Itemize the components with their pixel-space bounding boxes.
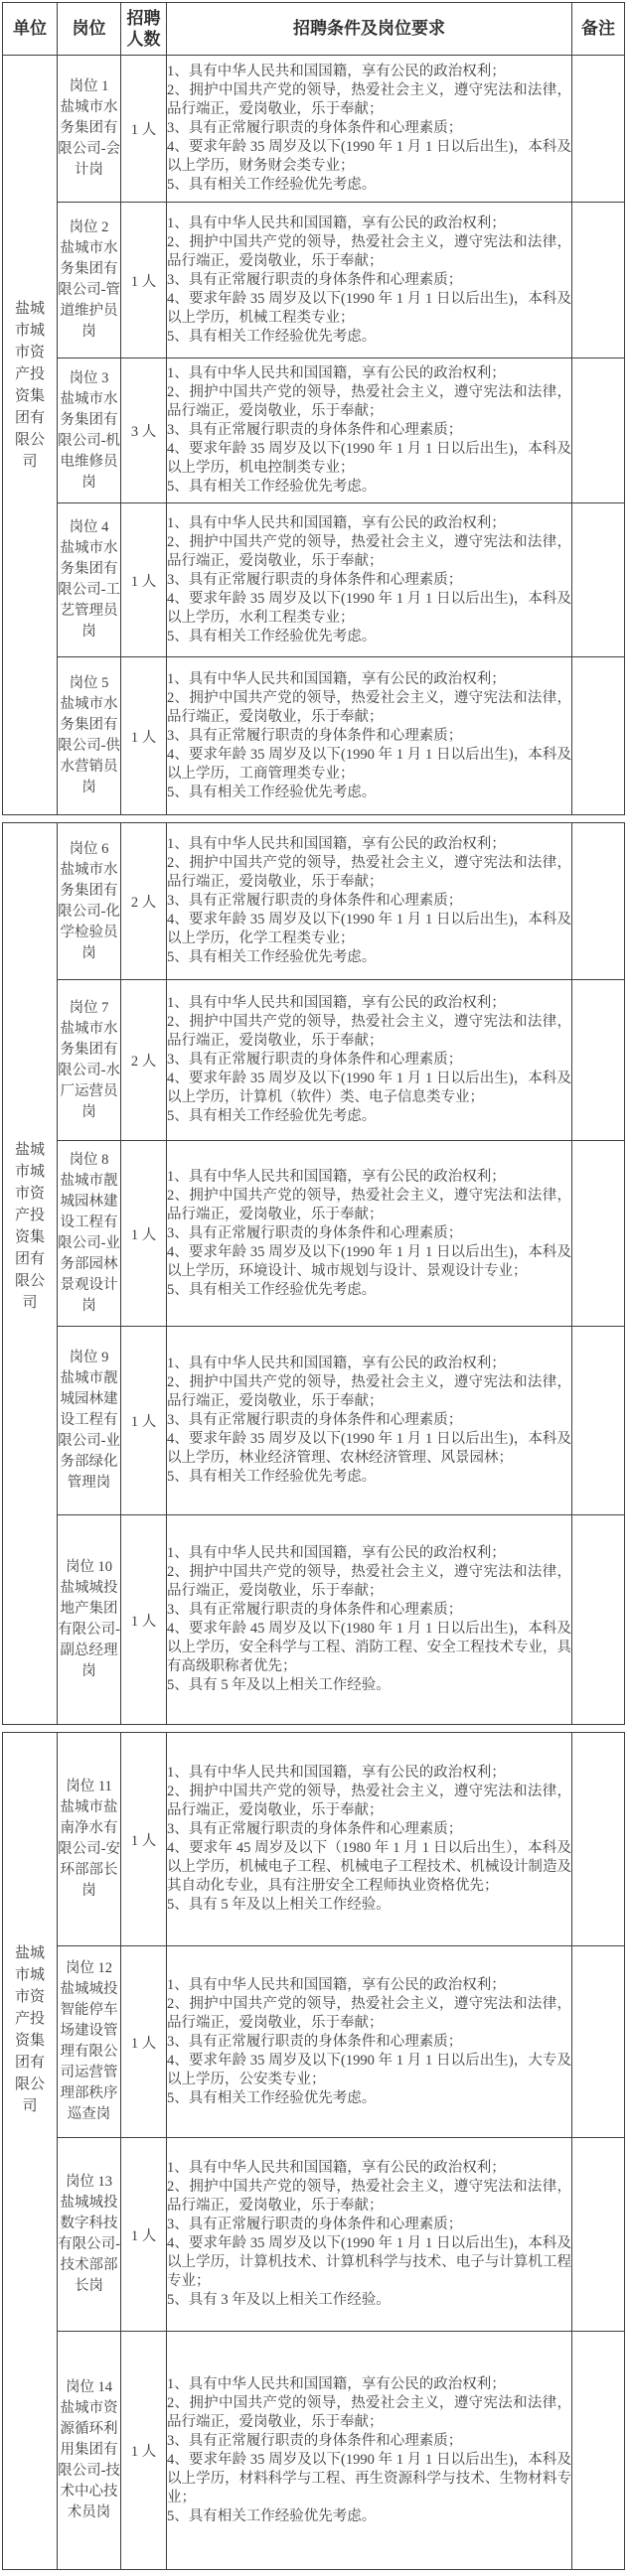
conditions-cell: 1、具有中华人民共和国国籍，享有公民的政治权利；2、拥护中国共产党的领导，热爱社… xyxy=(167,1733,572,1946)
position-label: 岗位 2 xyxy=(58,217,120,238)
condition-item: 3、具有正常履行职责的身体条件和心理素质； xyxy=(167,1411,571,1430)
conditions-cell: 1、具有中华人民共和国国籍，享有公民的政治权利；2、拥护中国共产党的领导，热爱社… xyxy=(167,1515,572,1725)
condition-item: 2、拥护中国共产党的领导，热爱社会主义，遵守宪法和法律，品行端正，爱岗敬业，乐于… xyxy=(167,2394,571,2432)
position-label: 岗位 3 xyxy=(58,368,120,389)
condition-item: 3、具有正常履行职责的身体条件和心理素质； xyxy=(167,1051,571,1070)
condition-item: 5、具有相关工作经验优先考虑。 xyxy=(167,328,571,347)
conditions-cell: 1、具有中华人民共和国国籍，享有公民的政治权利；2、拥护中国共产党的领导，热爱社… xyxy=(167,823,572,980)
position-name: 盐城市水务集团有限公司-工艺管理员岗 xyxy=(58,538,120,643)
header-requirements: 招聘条件及岗位要求 xyxy=(167,3,572,56)
table-row: 岗位 9 盐城市靓城园林建设工程有限公司-业务部绿化管理岗 1 人 1、具有中华… xyxy=(3,1327,625,1515)
position-name: 盐城市水务集团有限公司-机电维修员岗 xyxy=(58,389,120,494)
headcount-cell: 1 人 xyxy=(121,2332,167,2570)
position-name: 盐城城投数字科技有限公司-技术部部长岗 xyxy=(58,2193,120,2297)
condition-item: 3、具有正常履行职责的身体条件和心理素质； xyxy=(167,2432,571,2451)
condition-item: 1、具有中华人民共和国国籍，享有公民的政治权利； xyxy=(167,514,571,533)
unit-cell: 盐城市城市资产投资集团有限公司 xyxy=(3,1733,58,2570)
remark-cell xyxy=(572,980,625,1141)
condition-item: 2、拥护中国共产党的领导，热爱社会主义，遵守宪法和法律，品行端正，爱岗敬业，乐于… xyxy=(167,233,571,271)
headcount-cell: 1 人 xyxy=(121,1515,167,1725)
condition-item: 5、具有相关工作经验优先考虑。 xyxy=(167,176,571,195)
headcount-cell: 1 人 xyxy=(121,1141,167,1327)
condition-item: 1、具有中华人民共和国国籍，享有公民的政治权利； xyxy=(167,63,571,81)
condition-item: 1、具有中华人民共和国国籍，享有公民的政治权利； xyxy=(167,1544,571,1563)
condition-item: 4、要求年龄 35 周岁及以下(1990 年 1 月 1 日以后出生)，本科及以… xyxy=(167,290,571,328)
position-label: 岗位 10 xyxy=(58,1557,120,1578)
unit-cell: 盐城市城市资产投资集团有限公司 xyxy=(3,823,58,1725)
remark-cell xyxy=(572,1327,625,1515)
condition-item: 4、要求年龄 35 周岁及以下(1990 年 1 月 1 日以后出生)，本科及以… xyxy=(167,440,571,478)
remark-cell xyxy=(572,823,625,980)
headcount-cell: 1 人 xyxy=(121,503,167,657)
unit-name: 盐城市城市资产投资集团有限公司 xyxy=(3,1942,57,2117)
condition-item: 5、具有相关工作经验优先考虑。 xyxy=(167,2507,571,2526)
condition-item: 4、要求年龄 35 周岁及以下(1990 年 1 月 1 日以后出生)，本科及以… xyxy=(167,590,571,628)
table-row: 盐城市城市资产投资集团有限公司 岗位 1 盐城市水务集团有限公司-会计岗 1 人… xyxy=(3,56,625,203)
position-cell: 岗位 5 盐城市水务集团有限公司-供水营销员岗 xyxy=(58,657,121,815)
condition-item: 4、要求年 45 周岁及以下（1980 年 1 月 1 日以后出生），本科及以上… xyxy=(167,1839,571,1896)
headcount-cell: 1 人 xyxy=(121,203,167,358)
conditions-cell: 1、具有中华人民共和国国籍，享有公民的政治权利；2、拥护中国共产党的领导，热爱社… xyxy=(167,1327,572,1515)
condition-item: 5、具有相关工作经验优先考虑。 xyxy=(167,1107,571,1126)
headcount-cell: 1 人 xyxy=(121,1327,167,1515)
table-row: 岗位 14 盐城市资源循环利用集团有限公司-技术中心技术员岗 1 人 1、具有中… xyxy=(3,2332,625,2570)
condition-item: 5、具有相关工作经验优先考虑。 xyxy=(167,1468,571,1487)
recruitment-table-part-2: 盐城市城市资产投资集团有限公司 岗位 6 盐城市水务集团有限公司-化学检验员岗 … xyxy=(2,822,625,1725)
condition-item: 4、要求年龄 35 周岁及以下(1990 年 1 月 1 日以后出生)，大专及以… xyxy=(167,2052,571,2089)
position-cell: 岗位 6 盐城市水务集团有限公司-化学检验员岗 xyxy=(58,823,121,980)
remark-cell xyxy=(572,1733,625,1946)
table-row: 岗位 2 盐城市水务集团有限公司-管道维护员岗 1 人 1、具有中华人民共和国国… xyxy=(3,203,625,358)
condition-item: 2、拥护中国共产党的领导，热爱社会主义，遵守宪法和法律，品行端正，爱岗敬业，乐于… xyxy=(167,1373,571,1411)
headcount-cell: 2 人 xyxy=(121,980,167,1141)
condition-item: 2、拥护中国共产党的领导，热爱社会主义，遵守宪法和法律，品行端正，爱岗敬业，乐于… xyxy=(167,81,571,119)
condition-item: 5、具有相关工作经验优先考虑。 xyxy=(167,1281,571,1300)
recruitment-document-page: 单位 岗位 招聘人数 招聘条件及岗位要求 备注 盐城市城市资产投资集团有限公司 … xyxy=(0,0,629,2576)
headcount-cell: 1 人 xyxy=(121,657,167,815)
conditions-cell: 1、具有中华人民共和国国籍，享有公民的政治权利；2、拥护中国共产党的领导，热爱社… xyxy=(167,657,572,815)
conditions-cell: 1、具有中华人民共和国国籍，享有公民的政治权利；2、拥护中国共产党的领导，热爱社… xyxy=(167,2332,572,2570)
condition-item: 1、具有中华人民共和国国籍，享有公民的政治权利； xyxy=(167,670,571,689)
table-row: 岗位 4 盐城市水务集团有限公司-工艺管理员岗 1 人 1、具有中华人民共和国国… xyxy=(3,503,625,657)
header-remark: 备注 xyxy=(572,3,625,56)
condition-item: 5、具有 5 年及以上相关工作经验。 xyxy=(167,1676,571,1695)
headcount-cell: 1 人 xyxy=(121,56,167,203)
condition-item: 3、具有正常履行职责的身体条件和心理素质； xyxy=(167,892,571,911)
condition-item: 3、具有正常履行职责的身体条件和心理素质； xyxy=(167,2033,571,2052)
position-name: 盐城城投地产集团有限公司-副总经理岗 xyxy=(58,1578,120,1682)
condition-item: 5、具有相关工作经验优先考虑。 xyxy=(167,784,571,802)
position-name: 盐城市水务集团有限公司-会计岗 xyxy=(58,97,120,181)
position-cell: 岗位 13 盐城城投数字科技有限公司-技术部部长岗 xyxy=(58,2138,121,2332)
unit-cell: 盐城市城市资产投资集团有限公司 xyxy=(3,56,58,815)
condition-item: 3、具有正常履行职责的身体条件和心理素质； xyxy=(167,1601,571,1620)
position-label: 岗位 8 xyxy=(58,1150,120,1171)
position-label: 岗位 9 xyxy=(58,1348,120,1368)
conditions-cell: 1、具有中华人民共和国国籍，享有公民的政治权利；2、拥护中国共产党的领导，热爱社… xyxy=(167,1141,572,1327)
headcount-cell: 1 人 xyxy=(121,1946,167,2138)
header-unit: 单位 xyxy=(3,3,58,56)
condition-item: 3、具有正常履行职责的身体条件和心理素质； xyxy=(167,1820,571,1839)
condition-item: 1、具有中华人民共和国国籍，享有公民的政治权利； xyxy=(167,2375,571,2394)
position-name: 盐城市水务集团有限公司-水厂运营员岗 xyxy=(58,1019,120,1123)
condition-item: 1、具有中华人民共和国国籍，享有公民的政治权利； xyxy=(167,215,571,233)
table-row: 岗位 13 盐城城投数字科技有限公司-技术部部长岗 1 人 1、具有中华人民共和… xyxy=(3,2138,625,2332)
position-label: 岗位 6 xyxy=(58,839,120,860)
condition-item: 4、要求年龄 35 周岁及以下(1990 年 1 月 1 日以后出生)，本科及以… xyxy=(167,911,571,948)
position-label: 岗位 11 xyxy=(58,1777,120,1797)
position-label: 岗位 14 xyxy=(58,2377,120,2398)
remark-cell xyxy=(572,56,625,203)
condition-item: 5、具有相关工作经验优先考虑。 xyxy=(167,2089,571,2108)
remark-cell xyxy=(572,503,625,657)
condition-item: 4、要求年龄 35 周岁及以下(1990 年 1 月 1 日以后出生)，本科及以… xyxy=(167,2234,571,2291)
condition-item: 3、具有正常履行职责的身体条件和心理素质； xyxy=(167,119,571,138)
condition-item: 2、拥护中国共产党的领导，热爱社会主义，遵守宪法和法律，品行端正，爱岗敬业，乐于… xyxy=(167,383,571,421)
table-row: 岗位 10 盐城城投地产集团有限公司-副总经理岗 1 人 1、具有中华人民共和国… xyxy=(3,1515,625,1725)
condition-item: 2、拥护中国共产党的领导，热爱社会主义，遵守宪法和法律，品行端正，爱岗敬业，乐于… xyxy=(167,854,571,892)
condition-item: 4、要求年龄 35 周岁及以下(1990 年 1 月 1 日以后出生)，本科及以… xyxy=(167,1243,571,1281)
position-name: 盐城市靓城园林建设工程有限公司-业务部绿化管理岗 xyxy=(58,1368,120,1494)
position-cell: 岗位 12 盐城城投智能停车场建设管理有限公司运营管理部秩序巡查岗 xyxy=(58,1946,121,2138)
condition-item: 2、拥护中国共产党的领导，热爱社会主义，遵守宪法和法律，品行端正，爱岗敬业，乐于… xyxy=(167,1187,571,1224)
position-cell: 岗位 14 盐城市资源循环利用集团有限公司-技术中心技术员岗 xyxy=(58,2332,121,2570)
condition-item: 4、要求年龄 35 周岁及以下(1990 年 1 月 1 日以后出生)，本科及以… xyxy=(167,138,571,176)
table-row: 盐城市城市资产投资集团有限公司 岗位 6 盐城市水务集团有限公司-化学检验员岗 … xyxy=(3,823,625,980)
position-cell: 岗位 10 盐城城投地产集团有限公司-副总经理岗 xyxy=(58,1515,121,1725)
remark-cell xyxy=(572,2138,625,2332)
condition-item: 4、要求年龄 35 周岁及以下(1990 年 1 月 1 日以后出生)，本科及以… xyxy=(167,2451,571,2507)
condition-item: 4、要求年龄 35 周岁及以下(1990 年 1 月 1 日以后出生)，本科及以… xyxy=(167,1430,571,1468)
position-cell: 岗位 3 盐城市水务集团有限公司-机电维修员岗 xyxy=(58,358,121,503)
condition-item: 1、具有中华人民共和国国籍，享有公民的政治权利； xyxy=(167,835,571,854)
condition-item: 3、具有正常履行职责的身体条件和心理素质； xyxy=(167,1224,571,1243)
table-row: 岗位 3 盐城市水务集团有限公司-机电维修员岗 3 人 1、具有中华人民共和国国… xyxy=(3,358,625,503)
position-cell: 岗位 8 盐城市靓城园林建设工程有限公司-业务部园林景观设计岗 xyxy=(58,1141,121,1327)
condition-item: 5、具有相关工作经验优先考虑。 xyxy=(167,478,571,497)
condition-item: 2、拥护中国共产党的领导，热爱社会主义，遵守宪法和法律，品行端正，爱岗敬业，乐于… xyxy=(167,1783,571,1820)
unit-name: 盐城市城市资产投资集团有限公司 xyxy=(3,298,57,473)
condition-item: 2、拥护中国共产党的领导，热爱社会主义，遵守宪法和法律，品行端正，爱岗敬业，乐于… xyxy=(167,2178,571,2216)
condition-item: 1、具有中华人民共和国国籍，享有公民的政治权利； xyxy=(167,1764,571,1783)
table-row: 岗位 7 盐城市水务集团有限公司-水厂运营员岗 2 人 1、具有中华人民共和国国… xyxy=(3,980,625,1141)
recruitment-table-part-3: 盐城市城市资产投资集团有限公司 岗位 11 盐城市盐南净水有限公司-安环部部长岗… xyxy=(2,1732,625,2570)
position-name: 盐城市资源循环利用集团有限公司-技术中心技术员岗 xyxy=(58,2398,120,2523)
position-label: 岗位 7 xyxy=(58,998,120,1019)
headcount-cell: 1 人 xyxy=(121,1733,167,1946)
condition-item: 2、拥护中国共产党的领导，热爱社会主义，遵守宪法和法律，品行端正，爱岗敬业，乐于… xyxy=(167,689,571,727)
conditions-cell: 1、具有中华人民共和国国籍，享有公民的政治权利；2、拥护中国共产党的领导，热爱社… xyxy=(167,1946,572,2138)
unit-name: 盐城市城市资产投资集团有限公司 xyxy=(3,1139,57,1314)
condition-item: 5、具有 5 年及以上相关工作经验。 xyxy=(167,1896,571,1915)
headcount-cell: 3 人 xyxy=(121,358,167,503)
conditions-cell: 1、具有中华人民共和国国籍，享有公民的政治权利；2、拥护中国共产党的领导，热爱社… xyxy=(167,980,572,1141)
conditions-cell: 1、具有中华人民共和国国籍，享有公民的政治权利；2、拥护中国共产党的领导，热爱社… xyxy=(167,2138,572,2332)
condition-item: 5、具有相关工作经验优先考虑。 xyxy=(167,948,571,967)
position-label: 岗位 13 xyxy=(58,2172,120,2193)
position-name: 盐城市盐南净水有限公司-安环部部长岗 xyxy=(58,1797,120,1902)
remark-cell xyxy=(572,1515,625,1725)
condition-item: 2、拥护中国共产党的领导，热爱社会主义，遵守宪法和法律，品行端正，爱岗敬业，乐于… xyxy=(167,533,571,571)
position-cell: 岗位 11 盐城市盐南净水有限公司-安环部部长岗 xyxy=(58,1733,121,1946)
header-headcount: 招聘人数 xyxy=(121,3,167,56)
condition-item: 3、具有正常履行职责的身体条件和心理素质； xyxy=(167,421,571,440)
condition-item: 3、具有正常履行职责的身体条件和心理素质； xyxy=(167,271,571,290)
remark-cell xyxy=(572,1946,625,2138)
condition-item: 2、拥护中国共产党的领导，热爱社会主义，遵守宪法和法律，品行端正，爱岗敬业，乐于… xyxy=(167,1995,571,2033)
condition-item: 1、具有中华人民共和国国籍，享有公民的政治权利； xyxy=(167,1168,571,1187)
header-position: 岗位 xyxy=(58,3,121,56)
headcount-cell: 2 人 xyxy=(121,823,167,980)
condition-item: 3、具有正常履行职责的身体条件和心理素质； xyxy=(167,2216,571,2234)
condition-item: 4、要求年龄 35 周岁及以下(1990 年 1 月 1 日以后出生)，本科及以… xyxy=(167,1070,571,1107)
position-name: 盐城市靓城园林建设工程有限公司-业务部园林景观设计岗 xyxy=(58,1171,120,1317)
condition-item: 5、具有 3 年及以上相关工作经验。 xyxy=(167,2291,571,2310)
condition-item: 1、具有中华人民共和国国籍，享有公民的政治权利； xyxy=(167,1355,571,1373)
conditions-cell: 1、具有中华人民共和国国籍，享有公民的政治权利；2、拥护中国共产党的领导，热爱社… xyxy=(167,203,572,358)
conditions-cell: 1、具有中华人民共和国国籍，享有公民的政治权利；2、拥护中国共产党的领导，热爱社… xyxy=(167,56,572,203)
table-header-row: 单位 岗位 招聘人数 招聘条件及岗位要求 备注 xyxy=(3,3,625,56)
position-name: 盐城市水务集团有限公司-管道维护员岗 xyxy=(58,238,120,343)
condition-item: 4、要求年龄 35 周岁及以下(1990 年 1 月 1 日以后出生)，本科及以… xyxy=(167,746,571,784)
condition-item: 5、具有相关工作经验优先考虑。 xyxy=(167,628,571,646)
remark-cell xyxy=(572,1141,625,1327)
condition-item: 1、具有中华人民共和国国籍，享有公民的政治权利； xyxy=(167,2159,571,2178)
remark-cell xyxy=(572,2332,625,2570)
position-cell: 岗位 2 盐城市水务集团有限公司-管道维护员岗 xyxy=(58,203,121,358)
conditions-cell: 1、具有中华人民共和国国籍，享有公民的政治权利；2、拥护中国共产党的领导，热爱社… xyxy=(167,503,572,657)
table-row: 岗位 8 盐城市靓城园林建设工程有限公司-业务部园林景观设计岗 1 人 1、具有… xyxy=(3,1141,625,1327)
position-cell: 岗位 7 盐城市水务集团有限公司-水厂运营员岗 xyxy=(58,980,121,1141)
condition-item: 2、拥护中国共产党的领导，热爱社会主义，遵守宪法和法律，品行端正，爱岗敬业，乐于… xyxy=(167,1013,571,1051)
condition-item: 1、具有中华人民共和国国籍，享有公民的政治权利； xyxy=(167,1976,571,1995)
table-row: 岗位 12 盐城城投智能停车场建设管理有限公司运营管理部秩序巡查岗 1 人 1、… xyxy=(3,1946,625,2138)
position-cell: 岗位 9 盐城市靓城园林建设工程有限公司-业务部绿化管理岗 xyxy=(58,1327,121,1515)
recruitment-table-part-1: 单位 岗位 招聘人数 招聘条件及岗位要求 备注 盐城市城市资产投资集团有限公司 … xyxy=(2,2,625,815)
condition-item: 3、具有正常履行职责的身体条件和心理素质； xyxy=(167,727,571,746)
conditions-cell: 1、具有中华人民共和国国籍，享有公民的政治权利；2、拥护中国共产党的领导，热爱社… xyxy=(167,358,572,503)
position-cell: 岗位 1 盐城市水务集团有限公司-会计岗 xyxy=(58,56,121,203)
remark-cell xyxy=(572,203,625,358)
position-label: 岗位 1 xyxy=(58,76,120,97)
remark-cell xyxy=(572,657,625,815)
headcount-cell: 1 人 xyxy=(121,2138,167,2332)
condition-item: 1、具有中华人民共和国国籍，享有公民的政治权利； xyxy=(167,994,571,1013)
position-label: 岗位 4 xyxy=(58,517,120,538)
remark-cell xyxy=(572,358,625,503)
condition-item: 3、具有正常履行职责的身体条件和心理素质； xyxy=(167,571,571,590)
position-name: 盐城市水务集团有限公司-化学检验员岗 xyxy=(58,860,120,964)
position-name: 盐城市水务集团有限公司-供水营销员岗 xyxy=(58,694,120,798)
table-row: 盐城市城市资产投资集团有限公司 岗位 11 盐城市盐南净水有限公司-安环部部长岗… xyxy=(3,1733,625,1946)
condition-item: 2、拥护中国共产党的领导，热爱社会主义，遵守宪法和法律，品行端正，爱岗敬业，乐于… xyxy=(167,1563,571,1601)
position-label: 岗位 12 xyxy=(58,1958,120,1979)
table-row: 岗位 5 盐城市水务集团有限公司-供水营销员岗 1 人 1、具有中华人民共和国国… xyxy=(3,657,625,815)
condition-item: 1、具有中华人民共和国国籍，享有公民的政治权利； xyxy=(167,364,571,383)
condition-item: 4、要求年龄 45 周岁及以下(1980 年 1 月 1 日以后出生)，本科及以… xyxy=(167,1620,571,1676)
position-label: 岗位 5 xyxy=(58,673,120,694)
position-name: 盐城城投智能停车场建设管理有限公司运营管理部秩序巡查岗 xyxy=(58,1979,120,2125)
position-cell: 岗位 4 盐城市水务集团有限公司-工艺管理员岗 xyxy=(58,503,121,657)
